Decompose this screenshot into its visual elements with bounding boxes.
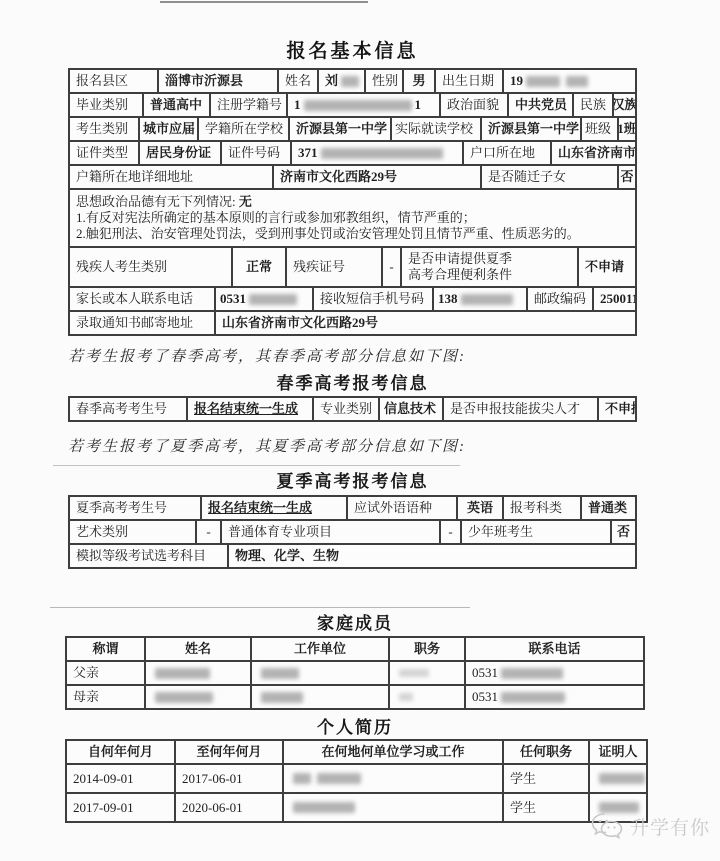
to-date-cell: 2020-06-01: [174, 794, 282, 821]
field-label: 报考科类: [502, 497, 580, 519]
table-row: 春季高考考生号 报名结束统一生成 专业类别 信息技术 是否申报技能拔尖人才 不申…: [70, 398, 635, 420]
moral-line-2: 2.触犯刑法、治安管理处罚法，受到刑事处罚或治安管理处罚且情节严重、性质恶劣的。: [76, 226, 580, 241]
table-row: 模拟等级考试选考科目 物理、化学、生物: [70, 543, 635, 567]
from-date-cell: 2017-09-01: [67, 794, 174, 821]
table-row: 夏季高考考生号 报名结束统一生成 应试外语语种 英语 报考科类 普通类: [70, 497, 635, 519]
field-label: 录取通知书邮寄地址: [70, 312, 214, 334]
field-value: 汉族: [612, 94, 635, 116]
phone-prefix: 0531: [472, 664, 498, 682]
field-label: 模拟等级考试选考科目: [70, 545, 227, 567]
field-label: 学籍所在学校: [197, 118, 288, 140]
field-label: 户口所在地: [462, 142, 550, 164]
redacted-value: [501, 692, 565, 703]
field-value: 沂源县第一中学: [288, 118, 390, 140]
family-table: 称谓 姓名 工作单位 职务 联系电话 父亲 0531 母亲 0531: [65, 636, 645, 710]
redacted-value: [399, 693, 413, 701]
field-value: 250011: [592, 288, 635, 310]
field-value: 不申请: [577, 248, 635, 286]
field-value: 男: [402, 70, 434, 92]
field-value: 报名结束统一生成: [186, 398, 312, 420]
column-header: 任何职务: [502, 741, 588, 763]
column-header: 工作单位: [250, 638, 388, 660]
field-value: 中共党员: [507, 94, 572, 116]
summer-exam-table: 夏季高考考生号 报名结束统一生成 应试外语语种 英语 报考科类 普通类 艺术类别…: [68, 495, 637, 569]
moral-line-1: 1.有反对宪法所确定的基本原则的言行或参加邪教组织，情节严重的；: [76, 210, 476, 225]
divider-line: [53, 465, 460, 466]
field-label: 户籍所在地详细地址: [70, 166, 272, 188]
table-row: 录取通知书邮寄地址 山东省济南市文化西路29号: [70, 310, 635, 334]
field-label: 性别: [364, 70, 402, 92]
table-row: 2017-09-01 2020-06-01 学生: [67, 792, 646, 821]
field-label: 夏季高考考生号: [70, 497, 200, 519]
from-date-cell: 2014-09-01: [67, 765, 174, 792]
field-value: -: [439, 521, 460, 543]
table-header-row: 自何年何月 至何年何月 在何地何单位学习或工作 任何职务 证明人: [67, 741, 646, 763]
field-label: 春季高考考生号: [70, 398, 186, 420]
basic-info-table: 报名县区 淄博市沂源县 姓名 刘 性别 男 出生日期 19 毕业类别 普通高中 …: [68, 68, 637, 336]
column-header: 证明人: [588, 741, 646, 763]
relation-cell: 母亲: [67, 686, 144, 708]
field-value: 济南市文化西路29号: [272, 166, 480, 188]
role-cell: 学生: [502, 765, 588, 792]
field-label: 注册学籍号: [209, 94, 286, 116]
table-row: 户籍所在地详细地址 济南市文化西路29号 是否随迁子女 否: [70, 164, 635, 188]
redacted-value: [155, 692, 213, 703]
table-row: 2014-09-01 2017-06-01 学生: [67, 763, 646, 792]
redacted-value: [599, 773, 645, 784]
field-label: 是否申请提供夏季高考合理便利条件: [400, 248, 577, 286]
place-cell: [282, 765, 502, 792]
relation-cell: 父亲: [67, 662, 144, 684]
resume-section-title: 个人简历: [65, 713, 645, 738]
employer-cell: [250, 662, 388, 684]
field-label: 邮政编码: [526, 288, 592, 310]
redacted-value: [155, 668, 210, 679]
field-value: 19: [502, 70, 635, 92]
field-value: 城市应届: [138, 118, 197, 140]
table-row: 考生类别 城市应届 学籍所在学校 沂源县第一中学 实际就读学校 沂源县第一中学 …: [70, 116, 635, 140]
redacted-value: [293, 802, 355, 813]
field-label: 应试外语语种: [346, 497, 456, 519]
table-row: 艺术类别 - 普通体育专业项目 - 少年班考生 否: [70, 519, 635, 543]
field-value: 居民身份证: [138, 142, 220, 164]
divider-line: [50, 607, 470, 608]
idno-prefix: 371: [298, 144, 318, 162]
field-value: 报名结束统一生成: [200, 497, 346, 519]
spring-section-title: 春季高考报考信息: [68, 369, 637, 394]
redacted-value: [317, 773, 361, 784]
field-value: 物理、化学、生物: [227, 545, 635, 567]
table-row: 父亲 0531: [67, 660, 643, 684]
resume-table: 自何年何月 至何年何月 在何地何单位学习或工作 任何职务 证明人 2014-09…: [65, 739, 648, 823]
redacted-value: [261, 692, 303, 703]
field-label: 接收短信手机号码: [312, 288, 432, 310]
page-top-partial-line: [160, 1, 368, 3]
employer-cell: [250, 686, 388, 708]
redacted-value: [566, 76, 588, 87]
job-cell: [388, 686, 464, 708]
field-value: 371: [290, 142, 462, 164]
field-label: 姓名: [277, 70, 317, 92]
dob-prefix: 19: [510, 72, 523, 90]
field-label: 家长或本人联系电话: [70, 288, 214, 310]
field-label: 证件类型: [70, 142, 138, 164]
field-value: 沂源县第一中学: [480, 118, 580, 140]
column-header: 自何年何月: [67, 741, 174, 763]
field-label: 出生日期: [434, 70, 502, 92]
field-value: 否: [610, 521, 635, 543]
field-value: 普通高中: [142, 94, 209, 116]
spring-exam-table: 春季高考考生号 报名结束统一生成 专业类别 信息技术 是否申报技能拔尖人才 不申…: [68, 396, 637, 422]
field-label: 艺术类别: [70, 521, 195, 543]
field-value: 山东省济南市历下区: [550, 142, 635, 164]
field-label: 是否申报技能拔尖人才: [442, 398, 597, 420]
field-value: 刘: [317, 70, 364, 92]
to-date-cell: 2017-06-01: [174, 765, 282, 792]
column-header: 在何地何单位学习或工作: [282, 741, 502, 763]
field-label: 专业类别: [312, 398, 378, 420]
phone-cell: 0531: [464, 662, 643, 684]
field-value: 否: [617, 166, 635, 188]
field-label: 普通体育专业项目: [220, 521, 439, 543]
name-prefix: 刘: [325, 72, 338, 90]
redacted-value: [501, 668, 563, 679]
spring-note-text: 若考生报考了春季高考，其春季高考部分信息如下图:: [68, 345, 720, 366]
column-header: 联系电话: [464, 638, 643, 660]
field-label: 民族: [572, 94, 612, 116]
field-value: -: [381, 248, 400, 286]
field-value: 0531: [214, 288, 312, 310]
field-label: 残疾证号: [285, 248, 381, 286]
redacted-value: [461, 294, 513, 305]
table-row: 家长或本人联系电话 0531 接收短信手机号码 138 邮政编码 250011: [70, 286, 635, 310]
redacted-value: [526, 76, 560, 87]
field-label: 政治面貌: [439, 94, 507, 116]
phone-prefix: 0531: [220, 290, 246, 308]
column-header: 职务: [388, 638, 464, 660]
page-title: 报名基本信息: [68, 36, 637, 63]
field-label: 是否随迁子女: [480, 166, 617, 188]
field-value: 山东省济南市文化西路29号: [214, 312, 635, 334]
field-value: 不申报: [597, 398, 635, 420]
redacted-value: [261, 668, 299, 679]
field-label: 证件号码: [220, 142, 290, 164]
prover-cell: [588, 765, 646, 792]
field-value: 正常: [231, 248, 285, 286]
summer-section-title: 夏季高考报考信息: [68, 467, 637, 492]
family-section-title: 家庭成员: [65, 609, 645, 634]
table-header-row: 称谓 姓名 工作单位 职务 联系电话: [67, 638, 643, 660]
field-value: 淄博市沂源县: [157, 70, 277, 92]
column-header: 至何年何月: [174, 741, 282, 763]
redacted-value: [304, 100, 412, 111]
table-row: 母亲 0531: [67, 684, 643, 708]
regno-prefix: 1: [294, 96, 301, 114]
field-label: 报名县区: [70, 70, 157, 92]
table-row: 报名县区 淄博市沂源县 姓名 刘 性别 男 出生日期 19: [70, 70, 635, 92]
regno-suffix: 1: [415, 96, 422, 114]
column-header: 称谓: [67, 638, 144, 660]
field-value: 138: [432, 288, 526, 310]
place-cell: [282, 794, 502, 821]
sms-prefix: 138: [438, 290, 458, 308]
watermark: 升学有你: [590, 812, 710, 840]
field-value: 信息技术: [378, 398, 442, 420]
table-row: 残疾人考生类别 正常 残疾证号 - 是否申请提供夏季高考合理便利条件 不申请: [70, 246, 635, 286]
field-label: 毕业类别: [70, 94, 142, 116]
field-value: 英语: [456, 497, 502, 519]
moral-statement-block: 思想政治品德有无下列情况: 无 1.有反对宪法所确定的基本原则的言行或参加邪教组…: [70, 190, 586, 246]
phone-cell: 0531: [464, 686, 643, 708]
field-label: 班级: [580, 118, 617, 140]
field-label: 残疾人考生类别: [70, 248, 231, 286]
moral-intro: 思想政治品德有无下列情况: 无: [76, 194, 252, 209]
column-header: 姓名: [144, 638, 250, 660]
table-row: 证件类型 居民身份证 证件号码 371 户口所在地 山东省济南市历下区: [70, 140, 635, 164]
wechat-chat-bubbles-icon: [590, 812, 626, 840]
name-cell: [144, 662, 250, 684]
summer-note-text: 若考生报考了夏季高考，其夏季高考部分信息如下图:: [68, 435, 720, 456]
role-cell: 学生: [502, 794, 588, 821]
job-cell: [388, 662, 464, 684]
redacted-value: [399, 669, 429, 677]
phone-prefix: 0531: [472, 688, 498, 706]
field-label: 实际就读学校: [390, 118, 480, 140]
table-row: 毕业类别 普通高中 注册学籍号 11 政治面貌 中共党员 民族 汉族: [70, 92, 635, 116]
redacted-value: [321, 148, 443, 159]
redacted-value: [341, 76, 359, 87]
redacted-value: [249, 294, 297, 305]
redacted-value: [293, 773, 311, 784]
name-cell: [144, 686, 250, 708]
field-value: 11: [286, 94, 439, 116]
field-value: 普通类: [580, 497, 635, 519]
field-label: 考生类别: [70, 118, 138, 140]
field-label: 少年班考生: [460, 521, 610, 543]
watermark-text: 升学有你: [630, 813, 710, 840]
table-row: 思想政治品德有无下列情况: 无 1.有反对宪法所确定的基本原则的言行或参加邪教组…: [70, 188, 635, 246]
field-value: 1班: [617, 118, 635, 140]
field-value: -: [195, 521, 220, 543]
